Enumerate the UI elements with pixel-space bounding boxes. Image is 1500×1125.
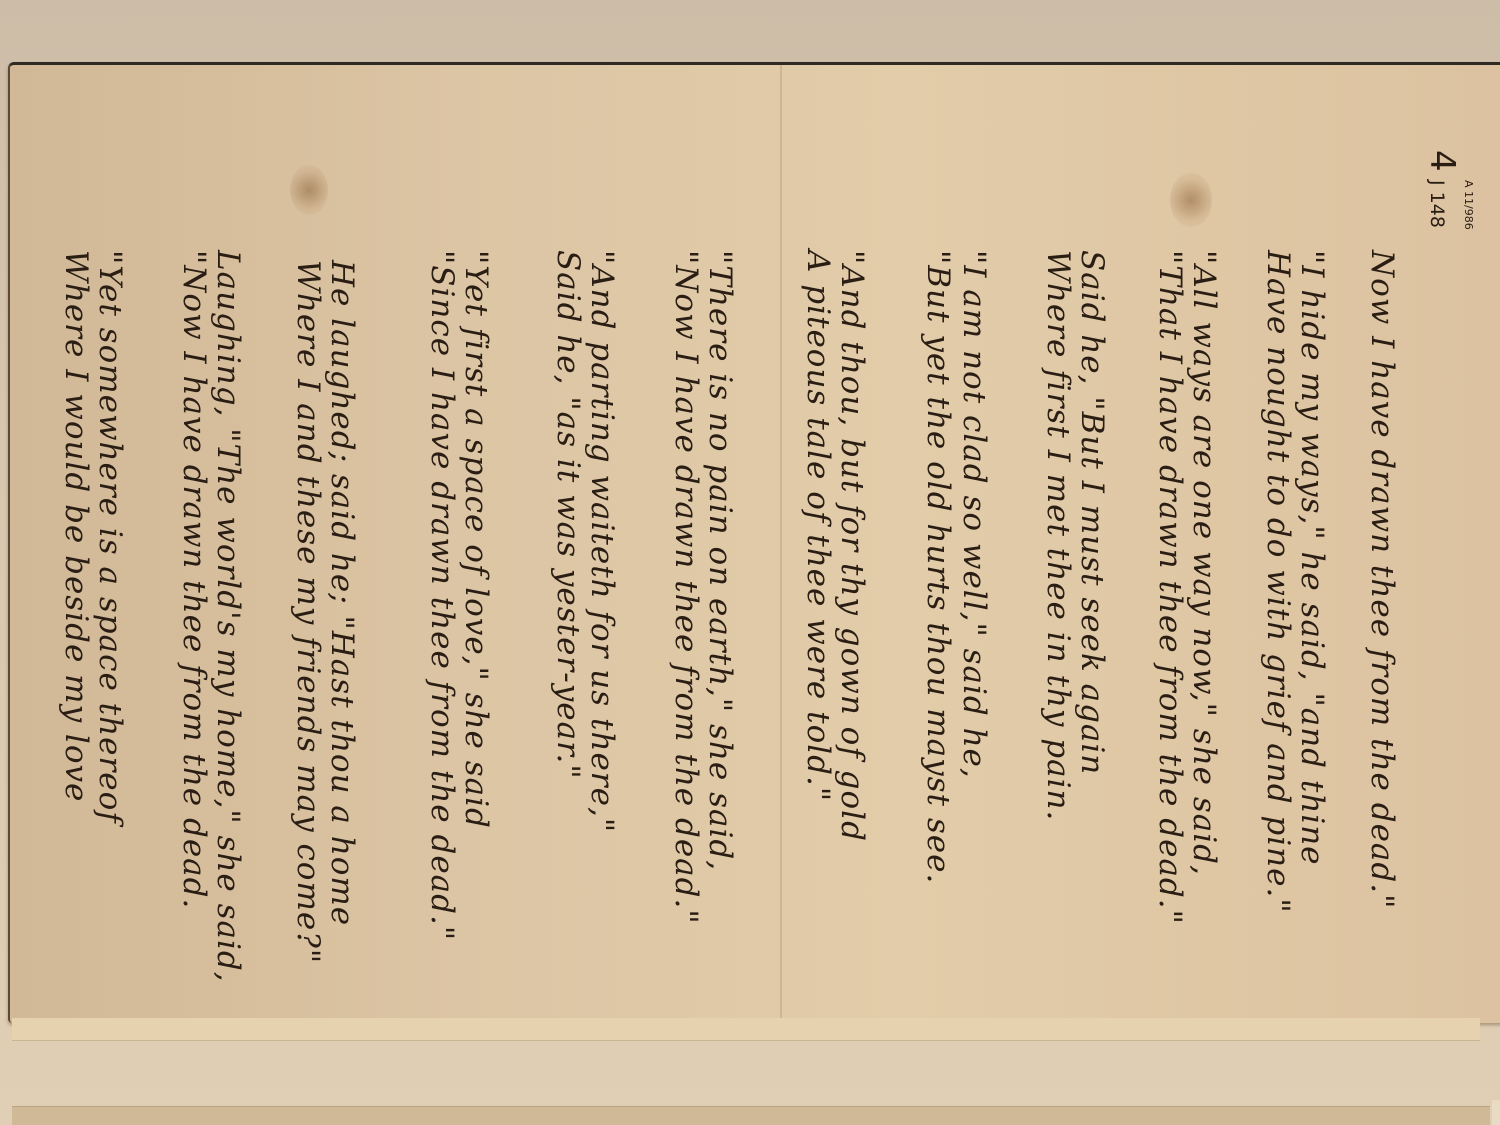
poem-line: "Since I have drawn thee from the dead." (424, 250, 460, 941)
poem-line: Where I would be beside my love (58, 250, 94, 802)
poem-line: "Yet first a space of love," she said (458, 250, 494, 829)
poem-line: Now I have drawn thee from the dead." (1364, 250, 1400, 909)
poem-line: "But yet the old hurts thou mayst see. (920, 250, 956, 884)
adjacent-page-edge (12, 1106, 1490, 1125)
poem-line: He laughed; said he; "Hast thou a home (324, 260, 360, 926)
poem-line: "I hide my ways," he said, "and thine (1294, 250, 1330, 866)
underlying-paper-strip (12, 1018, 1480, 1041)
poem-line: "All ways are one way now," she said, (1186, 250, 1222, 876)
poem-line: Said he, "But I must seek again (1074, 250, 1110, 775)
poem-line: "Now I have drawn thee from the dead. (176, 250, 212, 909)
catalog-mark: J 148 (1426, 180, 1448, 228)
poem-line: "And parting waiteth for us there," (584, 250, 620, 833)
small-catalog-mark: A 11/986 (1462, 180, 1475, 230)
mount-edge (1492, 1100, 1500, 1125)
poem-line: Where first I met thee in thy pain. (1040, 250, 1076, 821)
poem-line: "Yet somewhere is a space thereof (92, 250, 128, 824)
poem-line: "That I have drawn thee from the dead." (1152, 250, 1188, 925)
poem-line: Said he, "as it was yester-year." (550, 250, 586, 780)
poem-line: Laughing, "The world's my home," she sai… (210, 250, 246, 983)
poem-line: "And thou, but for thy gown of gold (834, 250, 870, 842)
poem-line: Have nought to do with grief and pine." (1260, 250, 1296, 914)
page-number: 4 (1422, 150, 1462, 172)
ink-stain (1170, 173, 1212, 227)
page-fold (780, 65, 782, 1023)
poem-line: "Now I have drawn thee from the dead." (668, 250, 704, 925)
poem-line: A piteous tale of thee were told." (800, 250, 836, 802)
poem-line: "There is no pain on earth," she said, (702, 250, 738, 871)
poem-line: "I am not clad so well," said he, (956, 250, 992, 779)
ink-stain (290, 165, 328, 215)
poem-line: Where I and these my friends may come?" (290, 260, 326, 964)
